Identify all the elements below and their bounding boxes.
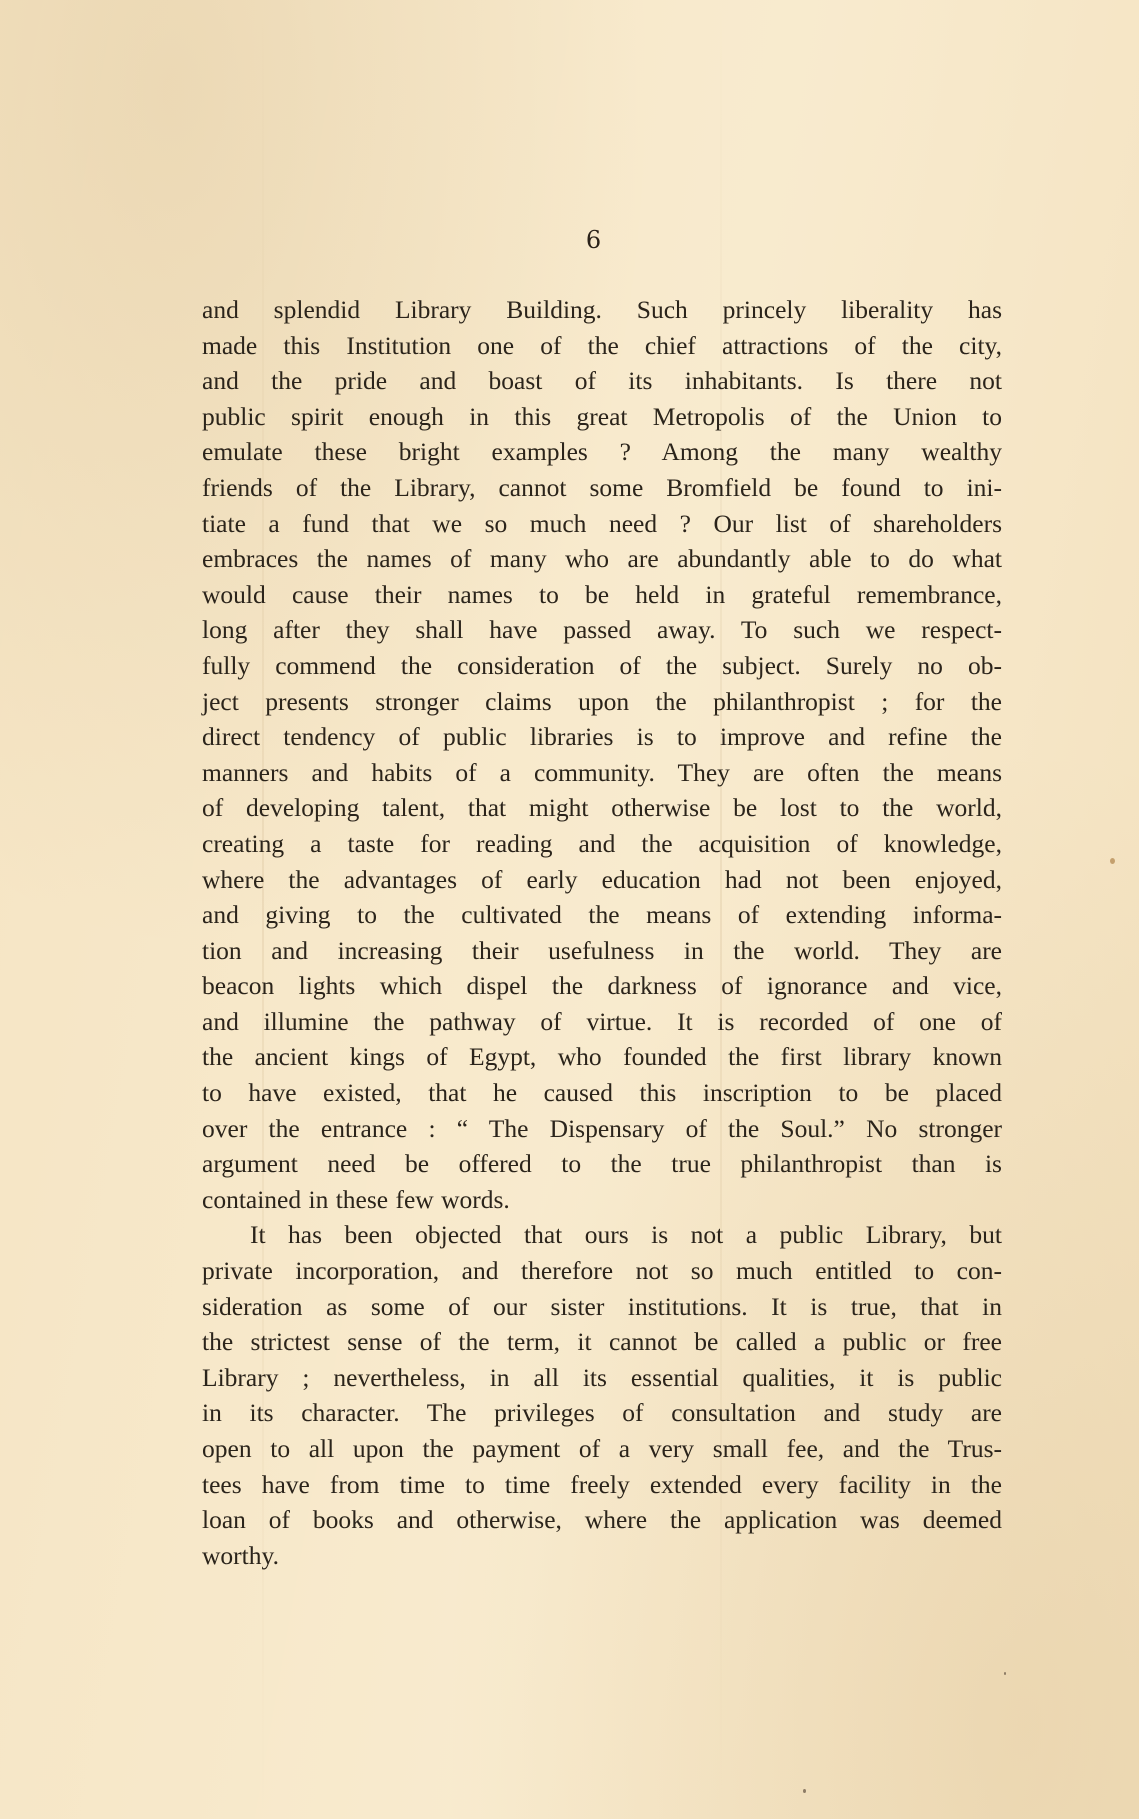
foxing-spot [1004, 1672, 1006, 1675]
text-line: long after they shall have passed away. … [202, 612, 1002, 648]
text-line: in its character. The privileges of cons… [202, 1395, 1002, 1431]
text-line: would cause their names to be held in gr… [202, 577, 1002, 613]
text-line: tiate a fund that we so much need ? Our … [202, 506, 1002, 542]
text-line: and illumine the pathway of virtue. It i… [202, 1004, 1002, 1040]
text-line: emulate these bright examples ? Among th… [202, 434, 1002, 470]
text-line: the ancient kings of Egypt, who founded … [202, 1039, 1002, 1075]
foxing-spot [803, 1789, 806, 1793]
text-line: manners and habits of a community. They … [202, 755, 1002, 791]
text-line: and splendid Library Building. Such prin… [202, 292, 1002, 328]
text-line: loan of books and otherwise, where the a… [202, 1502, 1002, 1538]
text-line: fully commend the consideration of the s… [202, 648, 1002, 684]
text-line: creating a taste for reading and the acq… [202, 826, 1002, 862]
text-line: It has been objected that ours is not a … [202, 1217, 1002, 1253]
text-line: over the entrance : “ The Dispensary of … [202, 1111, 1002, 1147]
text-line: ject presents stronger claims upon the p… [202, 684, 1002, 720]
text-line: tion and increasing their usefulness in … [202, 933, 1002, 969]
text-line: the strictest sense of the term, it cann… [202, 1324, 1002, 1360]
paragraph-2: It has been objected that ours is not a … [202, 1217, 1002, 1573]
paragraph-1: and splendid Library Building. Such prin… [202, 292, 1002, 1217]
text-line: Library ; nevertheless, in all its essen… [202, 1360, 1002, 1396]
text-line: and the pride and boast of its inhabitan… [202, 363, 1002, 399]
foxing-spot [1110, 858, 1115, 864]
text-line: and giving to the cultivated the means o… [202, 897, 1002, 933]
text-line: open to all upon the payment of a very s… [202, 1431, 1002, 1467]
text-line: to have existed, that he caused this ins… [202, 1075, 1002, 1111]
text-line: of developing talent, that might otherwi… [202, 790, 1002, 826]
document-page: 6 and splendid Library Building. Such pr… [0, 0, 1139, 1819]
body-text: and splendid Library Building. Such prin… [202, 292, 1002, 1573]
text-line: direct tendency of public libraries is t… [202, 719, 1002, 755]
page-number: 6 [0, 226, 1139, 254]
text-line: public spirit enough in this great Metro… [202, 399, 1002, 435]
text-line: tees have from time to time freely exten… [202, 1467, 1002, 1503]
text-line: contained in these few words. [202, 1182, 1002, 1218]
text-line: friends of the Library, cannot some Brom… [202, 470, 1002, 506]
text-line: worthy. [202, 1538, 1002, 1574]
text-line: sideration as some of our sister institu… [202, 1289, 1002, 1325]
text-line: made this Institution one of the chief a… [202, 328, 1002, 364]
text-line: argument need be offered to the true phi… [202, 1146, 1002, 1182]
text-line: embraces the names of many who are abund… [202, 541, 1002, 577]
text-line: where the advantages of early education … [202, 862, 1002, 898]
text-line: beacon lights which dispel the darkness … [202, 968, 1002, 1004]
text-line: private incorporation, and therefore not… [202, 1253, 1002, 1289]
